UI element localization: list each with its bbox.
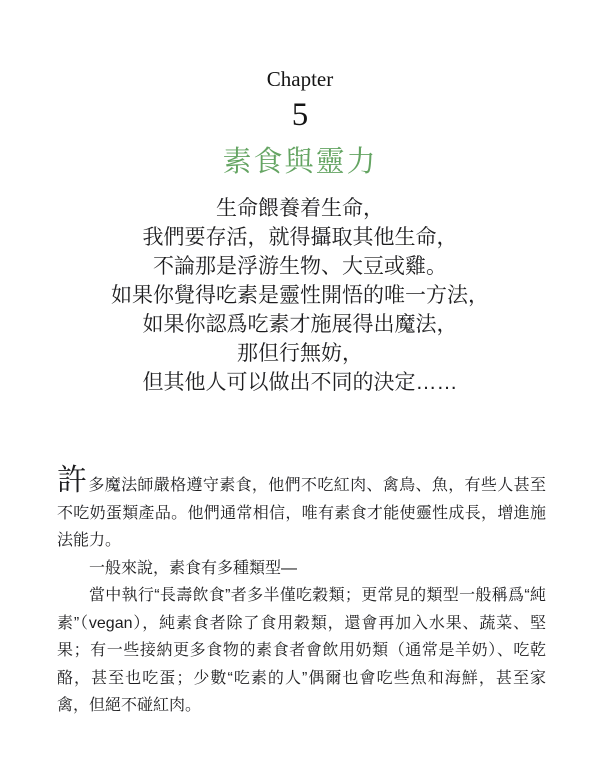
epigraph-line: 如果你覺得吃素是靈性開悟的唯一方法， (0, 281, 600, 310)
epigraph-line: 不論那是浮游生物、大豆或雞。 (0, 252, 600, 281)
body-paragraph-1: 許多魔法師嚴格遵守素食，他們不吃紅肉、禽鳥、魚，有些人甚至不吃奶蛋類產品。他們通… (57, 467, 546, 555)
chapter-label: Chapter (0, 0, 600, 92)
paragraph-1-text: 多魔法師嚴格遵守素食，他們不吃紅肉、禽鳥、魚，有些人甚至不吃奶蛋類產品。他們通常… (57, 477, 546, 549)
body-paragraph-2: 一般來說，素食有多種類型— (57, 555, 546, 583)
chapter-number: 5 (0, 96, 600, 134)
epigraph: 生命餵養着生命， 我們要存活，就得攝取其他生命， 不論那是浮游生物、大豆或雞。 … (0, 194, 600, 397)
epigraph-line: 那但行無妨， (0, 339, 600, 368)
epigraph-line: 生命餵養着生命， (0, 194, 600, 223)
epigraph-line: 但其他人可以做出不同的決定…… (0, 368, 600, 397)
book-page: Chapter 5 素食與靈力 生命餵養着生命， 我們要存活，就得攝取其他生命，… (0, 0, 600, 775)
epigraph-line: 如果你認爲吃素才施展得出魔法， (0, 310, 600, 339)
epigraph-line: 我們要存活，就得攝取其他生命， (0, 223, 600, 252)
body-text: 許多魔法師嚴格遵守素食，他們不吃紅肉、禽鳥、魚，有些人甚至不吃奶蛋類產品。他們通… (57, 467, 546, 720)
chapter-title: 素食與靈力 (0, 144, 600, 180)
dropcap-initial: 許 (57, 464, 88, 497)
body-paragraph-3: 當中執行“長壽飲食”者多半僅吃穀類；更常見的類型一般稱爲“純素”（vegan），… (57, 582, 546, 720)
